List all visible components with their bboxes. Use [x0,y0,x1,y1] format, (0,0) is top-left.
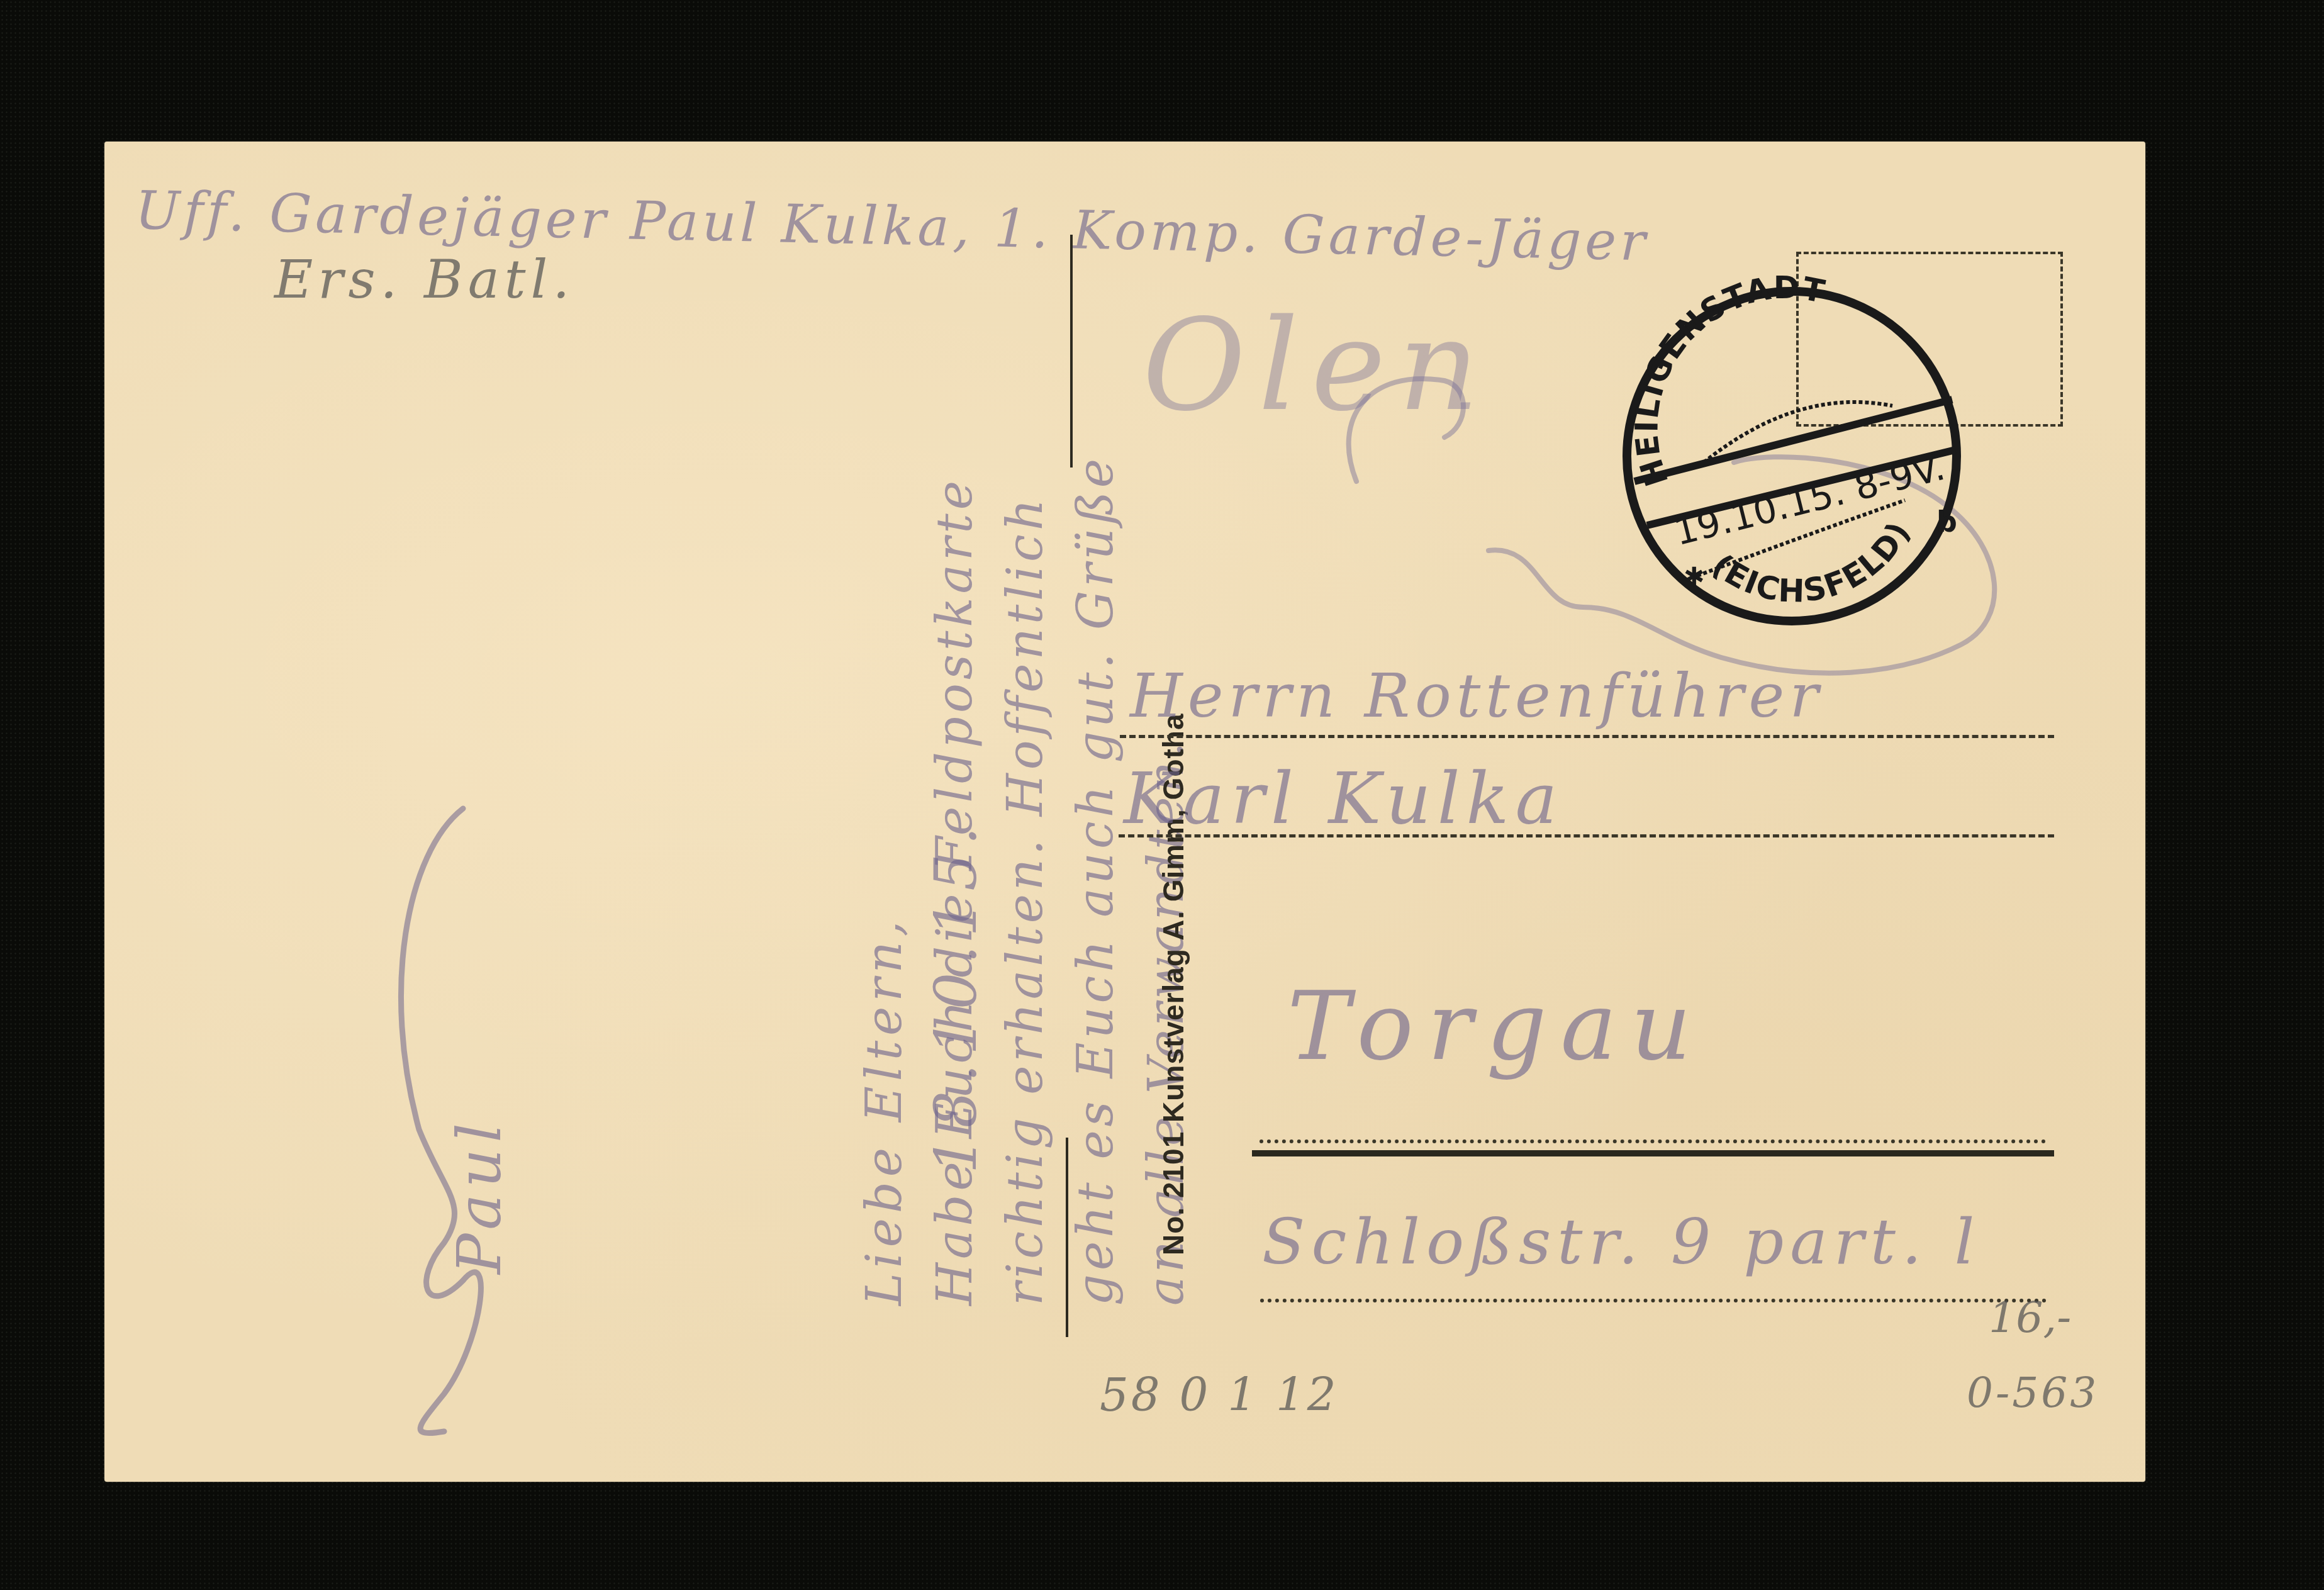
catalog-code: 0-563 [1967,1369,2099,1417]
signature-flourish [369,802,520,1444]
address-rule-1 [1120,735,2054,738]
message-line: geht es Euch auch gut. Grüße [1068,455,1138,1306]
address-line-3: Torgau [1287,972,1705,1082]
price-annotation: 16,- [1989,1293,2071,1343]
address-rule-4 [1260,1299,2047,1302]
divider-line-top [1070,235,1073,467]
address-rule-3-solid [1252,1150,2054,1156]
message-line: Habe Euch die Feldpostkarte [927,455,997,1306]
message-line: richtig erhalten. Hoffentlich [997,455,1068,1306]
sender-line-2: Ers. Batl. [274,249,574,310]
message-line: Liebe Eltern, [856,455,927,1306]
star-icon: ✱ [1684,563,1705,591]
message-body: Liebe Eltern, Habe Euch die Feldpostkart… [856,455,1209,1306]
address-rule-3-dotted [1260,1139,2046,1143]
address-line-1: Herrn Rottenführer [1130,661,1823,731]
postmark: HEILIGENSTADT (EICHSFELD) 19.10.15. 8-9V… [1609,274,1974,639]
address-line-2: Karl Kulka [1124,758,1563,840]
postcard: Uff. Gardejäger Paul Kulka, 1. Komp. Gar… [104,142,2145,1482]
address-rule-2 [1119,834,2054,837]
archive-number: 58 0 1 12 [1100,1369,1339,1421]
divider-line-bottom [1066,1138,1068,1337]
postmark-letter: b [1936,505,1957,539]
address-line-4: Schloßstr. 9 part. l [1262,1205,1980,1279]
